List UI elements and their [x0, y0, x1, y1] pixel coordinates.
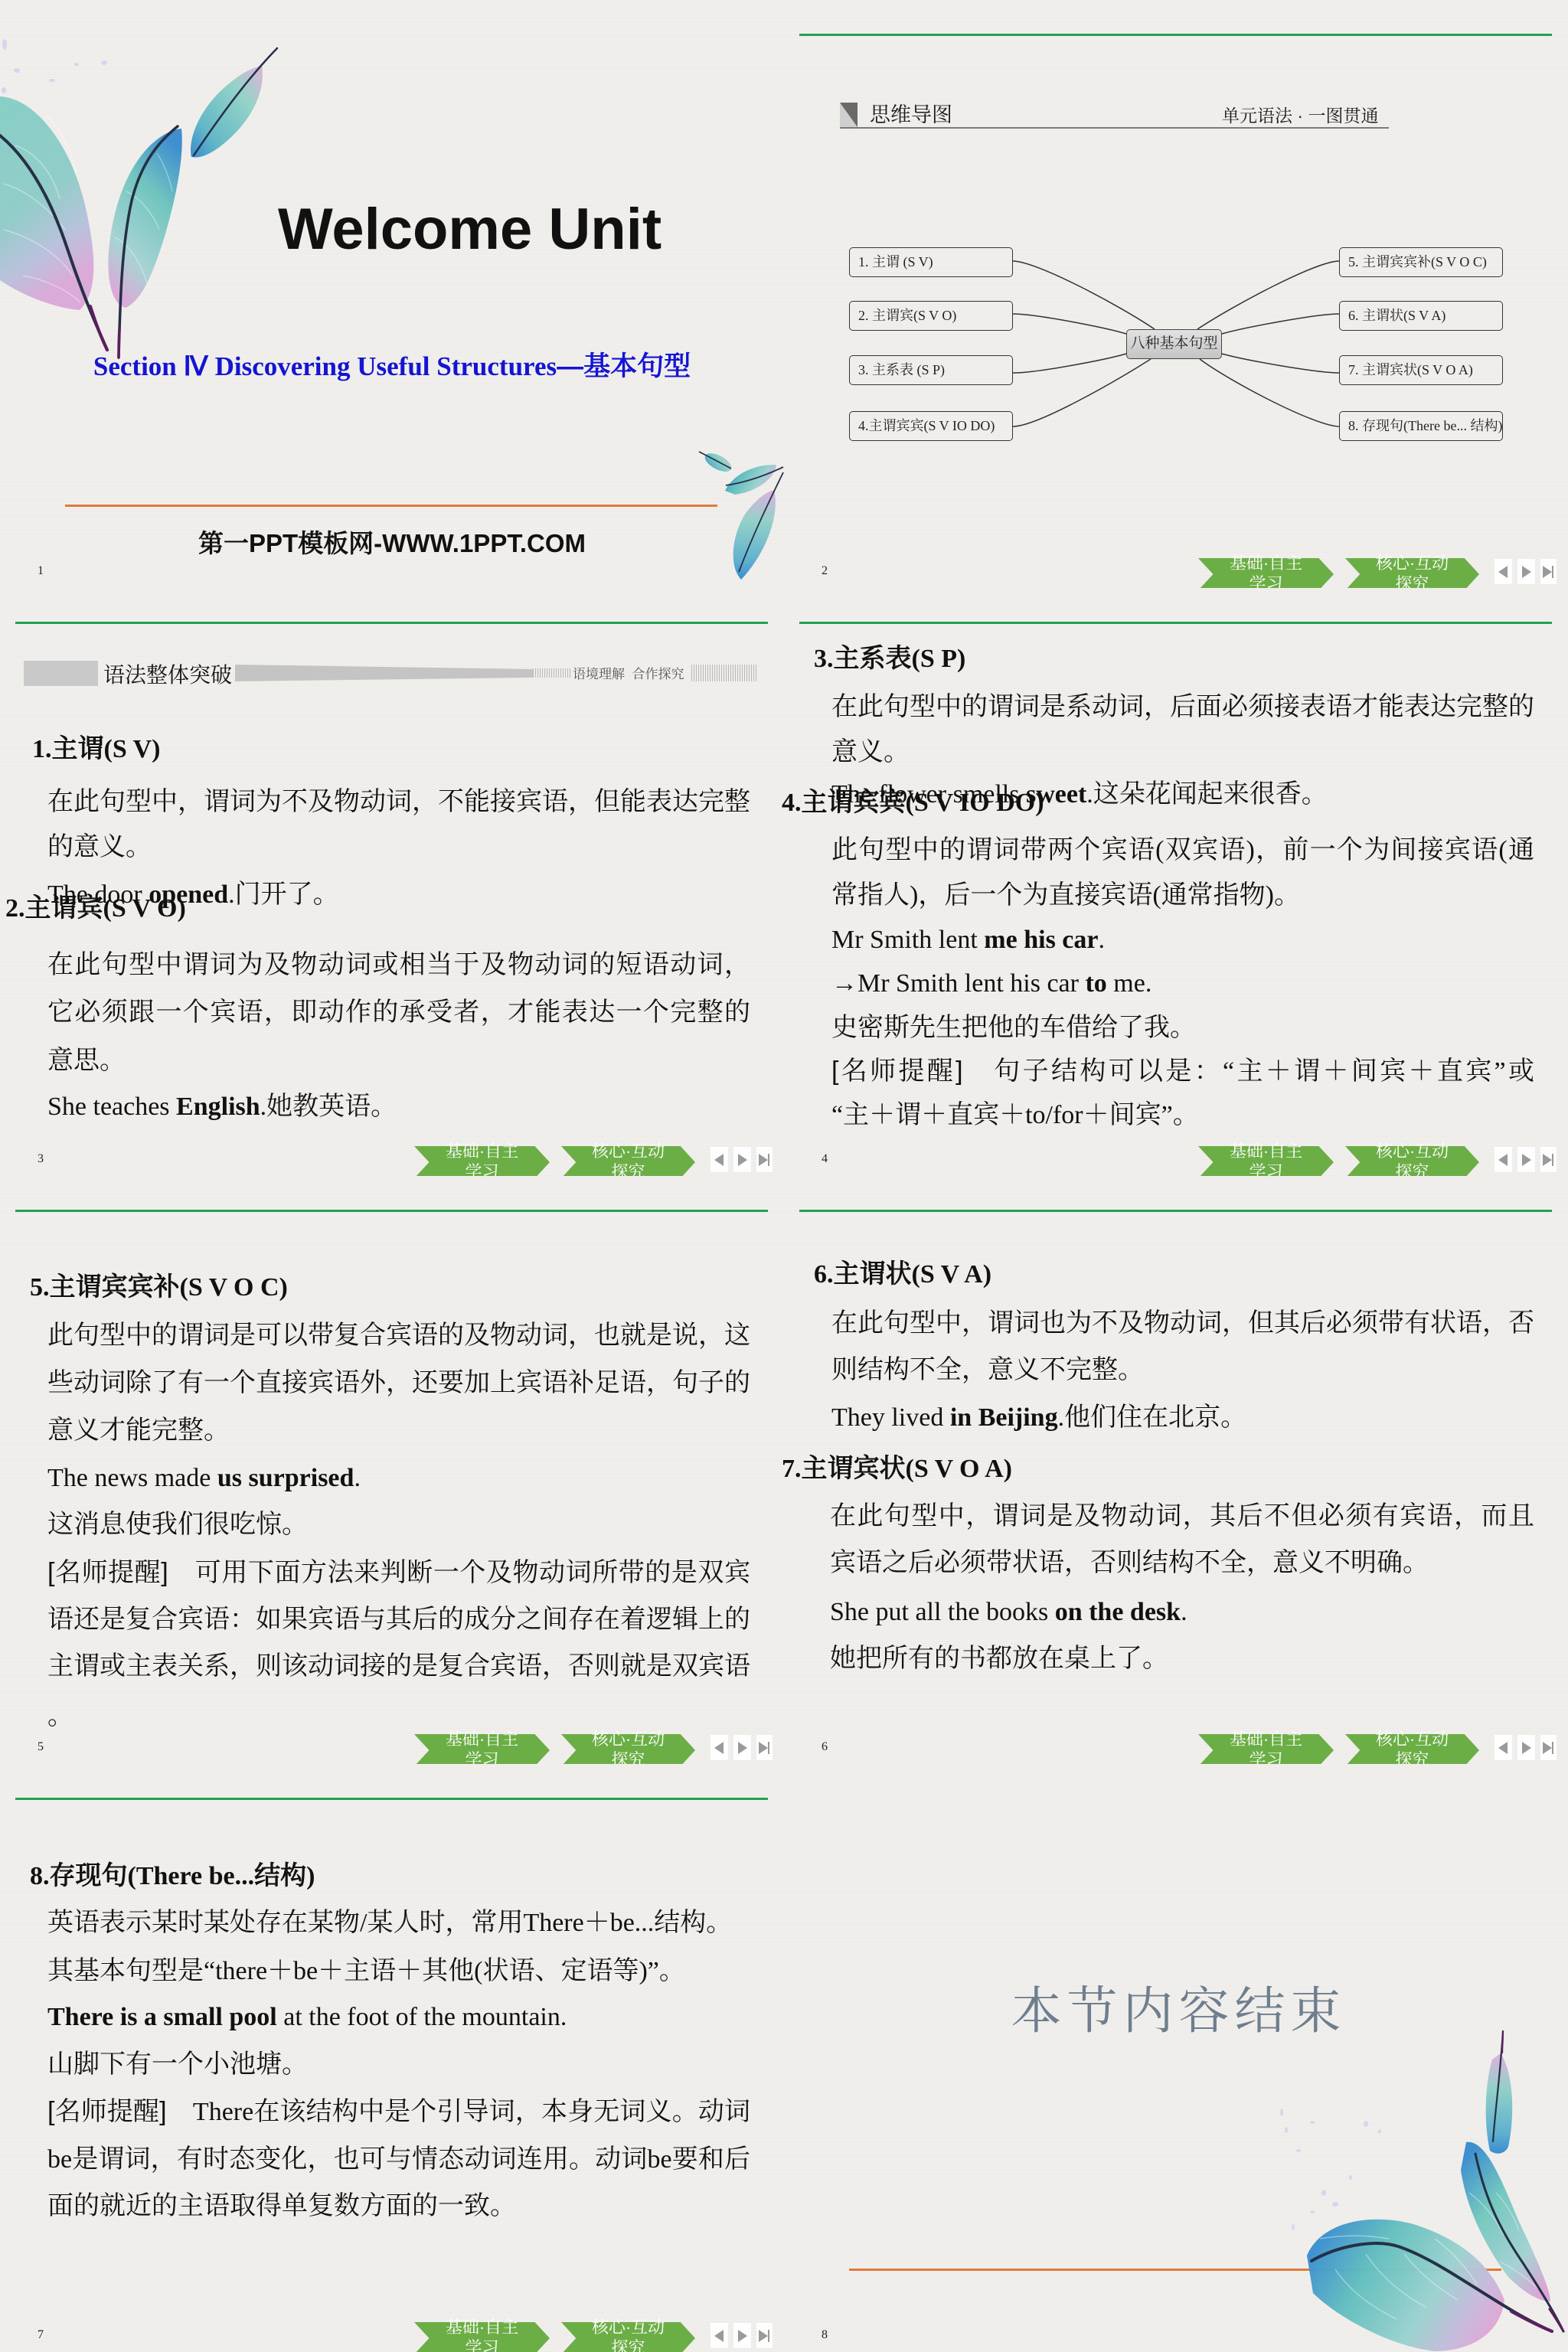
subtitle-dash: —: [557, 351, 583, 381]
teacher-tip-label: [名师提醒]: [831, 1057, 963, 1086]
next-slide-button[interactable]: [733, 1735, 751, 1760]
bold-run: in Beijing: [950, 1403, 1058, 1432]
last-slide-button[interactable]: [1540, 1147, 1557, 1172]
example-line: They lived in Beijing.他们住在北京。: [831, 1401, 1246, 1435]
bold-run: me his car: [984, 926, 1098, 954]
text-line: 此句型中的谓词是可以带复合宾语的及物动词，也就是说，这: [47, 1319, 750, 1353]
label-line: 探究: [561, 1749, 695, 1764]
text-line: 宾语之后必须带状语，否则结构不全，意义不明确。: [830, 1547, 1429, 1580]
section-heading: 5.主谓宾宾补(S V O C): [30, 1271, 288, 1305]
text-line: 主谓或主表关系，则该动词接的是复合宾语，否则就是双宾语: [47, 1650, 750, 1684]
example-line: Mr Smith lent me his car.: [831, 923, 1105, 957]
mindmap-node: 6. 主谓状(S V A): [1339, 301, 1503, 331]
closing-text: 本节内容结束: [784, 1981, 1568, 2043]
prev-icon: [714, 2330, 724, 2342]
text-run: 可用下面方法来判断一个及物动词所带的是双宾: [168, 1559, 750, 1587]
slide-subtitle: Section Ⅳ Discovering Useful Structures—…: [0, 351, 784, 382]
text-line: 她把所有的书都放在桌上了。: [830, 1642, 1168, 1676]
prev-slide-button[interactable]: [710, 1735, 728, 1760]
text-line: 面的就近的主语取得单复数方面的一致。: [47, 2190, 516, 2223]
prev-slide-button[interactable]: [1494, 1147, 1512, 1172]
last-icon-bar: [768, 2330, 769, 2342]
button-label: 基础·自主学习: [1198, 553, 1334, 588]
text-line: 在此句型中谓词为及物动词或相当于及物动词的短语动词，: [47, 949, 750, 982]
text-run: .她教英语。: [260, 1093, 397, 1121]
slide-7: 8.存现句(There be...结构) 英语表示某时某处存在某物/某人时，常用…: [0, 1764, 784, 2352]
core-explore-button[interactable]: 核心·互动探究: [561, 1734, 695, 1764]
core-explore-button[interactable]: 核心·互动探究: [561, 2322, 695, 2352]
last-icon-bar: [768, 1154, 769, 1166]
section-heading: 7.主谓宾状(S V O A): [782, 1452, 1012, 1486]
teacher-tip-line: [名师提醒] 句子结构可以是：“主＋谓＋间宾＋直宾”或: [831, 1054, 1534, 1088]
button-label: 基础·自主学习: [414, 2317, 550, 2352]
text-run: She put all the books: [830, 1598, 1055, 1626]
text-line: 此句型中的谓词带两个宾语(双宾语)，前一个为间接宾语(通: [831, 834, 1534, 867]
text-line: 其基本句型是“there＋be＋主语＋其他(状语、定语等)”。: [47, 1955, 685, 1988]
bold-run: There is a small pool: [47, 2003, 277, 2031]
slide-8: 本节内容结束 8: [784, 1764, 1568, 2352]
prev-icon: [1498, 1742, 1508, 1754]
header-stripes: [533, 668, 572, 678]
header-corner-icon: [840, 103, 857, 127]
label-line: 探究: [561, 2337, 695, 2352]
text-run: .: [1181, 1598, 1187, 1626]
last-icon-bar: [1552, 1742, 1553, 1754]
last-icon: [1543, 1742, 1552, 1754]
next-icon: [1522, 1742, 1531, 1754]
core-explore-button[interactable]: 核心·互动探究: [1345, 558, 1479, 588]
mindmap-node: 4.主谓宾宾(S V IO DO): [849, 411, 1013, 441]
example-line: →Mr Smith lent his car to me.: [831, 967, 1151, 1001]
top-rule: [15, 1798, 768, 1800]
last-icon: [1543, 566, 1552, 578]
top-rule: [799, 622, 1552, 624]
top-rule: [15, 1210, 768, 1212]
feather-decoration: [0, 0, 784, 588]
slide-nav: 基础·自主学习 核心·互动探究: [784, 1124, 1568, 1176]
last-icon-bar: [768, 1742, 769, 1754]
text-line: 意思。: [47, 1044, 126, 1078]
next-icon: [1522, 566, 1531, 578]
basic-study-button[interactable]: 基础·自主学习: [1198, 1146, 1334, 1176]
label-line: 基础·自主: [1198, 1141, 1334, 1161]
example-line: The news made us surprised.: [47, 1462, 361, 1495]
text-run: .门开了。: [228, 880, 339, 909]
slide-6: 6.主谓状(S V A) 在此句型中，谓词也为不及物动词，但其后必须带有状语，否…: [784, 1176, 1568, 1764]
label-line: 探究: [1345, 1749, 1479, 1764]
text-run: They lived: [831, 1403, 950, 1432]
basic-study-button[interactable]: 基础·自主学习: [1198, 1734, 1334, 1764]
text-run: .: [1098, 926, 1105, 954]
mindmap-node: 7. 主谓宾状(S V O A): [1339, 355, 1503, 385]
slide-number: 1: [35, 563, 46, 580]
subtitle-english: Section Ⅳ Discovering Useful Structures: [93, 351, 557, 381]
slide-nav: 基础·自主学习 核心·互动探究: [784, 536, 1568, 588]
core-explore-button[interactable]: 核心·互动探究: [1345, 1146, 1479, 1176]
header-underline: [840, 127, 1389, 129]
last-slide-button[interactable]: [756, 1735, 773, 1760]
text-run: →Mr Smith lent his car: [831, 969, 1085, 998]
label-line: 基础·自主: [414, 2317, 550, 2337]
button-label: 基础·自主学习: [414, 1729, 550, 1764]
prev-slide-button[interactable]: [1494, 559, 1512, 584]
label-line: 学习: [1198, 1161, 1334, 1176]
next-slide-button[interactable]: [1517, 1147, 1535, 1172]
teacher-tip-line: [名师提醒] There在该结构中是个引导词，本身无词义。动词: [47, 2095, 750, 2128]
button-label: 核心·互动探究: [1345, 1729, 1479, 1764]
section-heading: 1.主谓(S V): [32, 733, 161, 766]
text-line: 在此句型中，谓词为不及物动词，不能接宾语，但能表达完整: [47, 786, 750, 819]
text-line: 山脚下有一个小池塘。: [47, 2048, 308, 2082]
label-line: 基础·自主: [1198, 1729, 1334, 1749]
label-line: 学习: [414, 2337, 550, 2352]
section-heading: 4.主谓宾宾(S V IO DO): [782, 786, 1044, 820]
next-icon: [738, 1742, 747, 1754]
prev-slide-button[interactable]: [1494, 1735, 1512, 1760]
teacher-tip-label: [名师提醒]: [47, 2097, 167, 2126]
prev-slide-button[interactable]: [710, 2323, 728, 2348]
feather-decoration: [784, 1764, 1568, 2352]
text-line: 意义。: [831, 736, 910, 769]
mindmap-node: 5. 主谓宾宾补(S V O C): [1339, 247, 1503, 277]
last-slide-button[interactable]: [1540, 1735, 1557, 1760]
label-line: 核心·互动: [561, 1141, 695, 1161]
top-rule: [799, 34, 1552, 36]
slide-nav: 基础·自主学习 核心·互动探究: [0, 2300, 784, 2352]
text-run: There在该结构中是个引导词，本身无词义。动词: [167, 2098, 750, 2126]
mindmap-node: 3. 主系表 (S P): [849, 355, 1013, 385]
next-slide-button[interactable]: [733, 2323, 751, 2348]
label-line: 核心·互动: [1345, 553, 1479, 573]
label-line: 基础·自主: [414, 1141, 550, 1161]
text-line: 英语表示某时某处存在某物/某人时，常用There＋be...结构。: [47, 1906, 732, 1940]
next-icon: [1522, 1154, 1531, 1166]
last-slide-button[interactable]: [756, 2323, 773, 2348]
text-run: Mr Smith lent: [831, 926, 984, 954]
last-icon: [759, 1154, 768, 1166]
text-run: .这朵花闻起来很香。: [1086, 780, 1328, 808]
slide-number: 8: [819, 2327, 830, 2344]
section-tagline: 语境理解 合作探究: [573, 665, 684, 684]
mindmap-connectors: [784, 0, 1568, 588]
text-line: 常指人)，后一个为直接宾语(通常指物)。: [831, 879, 1300, 913]
slide-nav: 基础·自主学习 核心·互动探究: [784, 1712, 1568, 1764]
last-icon: [759, 1742, 768, 1754]
text-run: at the foot of the mountain.: [277, 2003, 567, 2031]
button-label: 核心·互动探究: [561, 1729, 695, 1764]
section-heading: 2.主谓宾(S V O): [5, 892, 186, 926]
prev-slide-button[interactable]: [710, 1147, 728, 1172]
core-explore-button[interactable]: 核心·互动探究: [1345, 1734, 1479, 1764]
slide-3: 语法整体突破 语境理解 合作探究 1.主谓(S V) 在此句型中，谓词为不及物动…: [0, 588, 784, 1176]
basic-study-button[interactable]: 基础·自主学习: [414, 1146, 550, 1176]
mindmap-title: 思维导图: [870, 102, 952, 128]
teacher-tip-label: [名师提醒]: [47, 1558, 168, 1587]
last-slide-button[interactable]: [756, 1147, 773, 1172]
label-line: 核心·互动: [1345, 1141, 1479, 1161]
label-line: 探究: [1345, 573, 1479, 588]
prev-icon: [714, 1742, 724, 1754]
bold-run: us surprised: [217, 1464, 354, 1492]
bold-run: on the desk: [1055, 1598, 1181, 1626]
section-heading: 8.存现句(There be...结构): [30, 1860, 315, 1893]
text-line: 些动词除了有一个直接宾语外，还要加上宾语补足语，句子的: [47, 1367, 750, 1400]
button-label: 基础·自主学习: [1198, 1141, 1334, 1176]
prev-icon: [714, 1154, 724, 1166]
last-icon: [759, 2330, 768, 2342]
text-line: 在此句型中的谓词是系动词，后面必须接表语才能表达完整的: [831, 691, 1534, 724]
slide-4: 3.主系表(S P) 在此句型中的谓词是系动词，后面必须接表语才能表达完整的 意…: [784, 588, 1568, 1176]
text-line: 意义才能完整。: [47, 1414, 230, 1448]
slide-5: 5.主谓宾宾补(S V O C) 此句型中的谓词是可以带复合宾语的及物动词，也就…: [0, 1176, 784, 1764]
orange-divider: [849, 2269, 1501, 2271]
next-slide-button[interactable]: [1517, 1735, 1535, 1760]
next-slide-button[interactable]: [1517, 559, 1535, 584]
example-line: She put all the books on the desk.: [830, 1596, 1187, 1629]
text-run: .他们住在北京。: [1058, 1403, 1247, 1432]
label-line: 核心·互动: [561, 2317, 695, 2337]
section-heading: 6.主谓状(S V A): [814, 1258, 991, 1292]
example-line: There is a small pool at the foot of the…: [47, 2001, 567, 2034]
website-footer: 第一PPT模板网-WWW.1PPT.COM: [0, 527, 784, 560]
text-line: 这消息使我们很吃惊。: [47, 1508, 308, 1542]
basic-study-button[interactable]: 基础·自主学习: [414, 1734, 550, 1764]
text-line: 则结构不全，意义不完整。: [831, 1354, 1144, 1387]
slide-sheet: Welcome Unit Section Ⅳ Discovering Usefu…: [0, 0, 1568, 2352]
text-run: me.: [1107, 969, 1152, 998]
text-run: 句子结构可以是：“主＋谓＋间宾＋直宾”或: [963, 1057, 1534, 1086]
teacher-tip-line: [名师提醒] 可用下面方法来判断一个及物动词所带的是双宾: [47, 1556, 750, 1589]
label-line: 学习: [1198, 573, 1334, 588]
bold-run: English: [176, 1093, 260, 1121]
label-line: 核心·互动: [561, 1729, 695, 1749]
text-run: The news made: [47, 1464, 217, 1492]
last-icon-bar: [1552, 1154, 1553, 1166]
orange-divider: [65, 505, 717, 507]
next-icon: [738, 1154, 747, 1166]
top-rule: [799, 1210, 1552, 1212]
button-label: 核心·互动探究: [561, 1141, 695, 1176]
prev-icon: [1498, 1154, 1508, 1166]
slide-nav: 基础·自主学习 核心·互动探究: [0, 1124, 784, 1176]
button-label: 基础·自主学习: [1198, 1729, 1334, 1764]
text-line: 它必须跟一个宾语，即动作的承受者，才能表达一个完整的: [47, 996, 750, 1030]
button-label: 核心·互动探究: [1345, 1141, 1479, 1176]
button-label: 核心·互动探究: [1345, 553, 1479, 588]
button-label: 基础·自主学习: [414, 1141, 550, 1176]
label-line: 学习: [414, 1161, 550, 1176]
text-line: 史密斯先生把他的车借给了我。: [831, 1011, 1196, 1045]
slide-2: 思维导图 单元语法 · 一图贯通 1. 主谓 (S V) 2. 主谓宾(S V …: [784, 0, 1568, 588]
mindmap-tagline: 单元语法 · 一图贯通: [1222, 105, 1378, 126]
core-explore-button[interactable]: 核心·互动探究: [561, 1146, 695, 1176]
mindmap-center-node: 八种基本句型: [1126, 329, 1222, 359]
last-icon-bar: [1552, 566, 1553, 578]
label-line: 探究: [561, 1161, 695, 1176]
text-line: 语还是复合宾语：如果宾语与其后的成分之间存在着逻辑上的: [47, 1603, 750, 1637]
header-block: [24, 661, 98, 686]
text-run: .: [354, 1464, 361, 1492]
last-icon: [1543, 1154, 1552, 1166]
next-slide-button[interactable]: [733, 1147, 751, 1172]
top-rule: [15, 622, 768, 624]
last-slide-button[interactable]: [1540, 559, 1557, 584]
label-line: 学习: [414, 1749, 550, 1764]
slide-nav: 基础·自主学习 核心·互动探究: [0, 1712, 784, 1764]
mindmap-node: 2. 主谓宾(S V O): [849, 301, 1013, 331]
text-line: 在此句型中，谓词也为不及物动词，但其后必须带有状语，否: [831, 1307, 1534, 1341]
text-line: 在此句型中，谓词是及物动词，其后不但必须有宾语，而且: [830, 1500, 1534, 1534]
label-line: 学习: [1198, 1749, 1334, 1764]
label-line: 核心·互动: [1345, 1729, 1479, 1749]
text-line: be是谓词，有时态变化，也可与情态动词连用。动词be要和后: [47, 2143, 750, 2177]
slide-title: Welcome Unit: [278, 201, 661, 259]
header-stripes: [691, 665, 757, 681]
label-line: 基础·自主: [414, 1729, 550, 1749]
label-line: 探究: [1345, 1161, 1479, 1176]
mindmap-node: 8. 存现句(There be... 结构): [1339, 411, 1503, 441]
text-run: She teaches: [47, 1093, 176, 1121]
basic-study-button[interactable]: 基础·自主学习: [1198, 558, 1334, 588]
text-line: 的意义。: [47, 831, 152, 864]
section-heading: 3.主系表(S P): [814, 642, 965, 676]
next-icon: [738, 2330, 747, 2342]
subtitle-chinese: 基本句型: [583, 351, 691, 381]
basic-study-button[interactable]: 基础·自主学习: [414, 2322, 550, 2352]
label-line: 基础·自主: [1198, 553, 1334, 573]
slide-1: Welcome Unit Section Ⅳ Discovering Usefu…: [0, 0, 784, 588]
button-label: 核心·互动探究: [561, 2317, 695, 2352]
bold-run: to: [1085, 969, 1106, 998]
example-line: She teaches English.她教英语。: [47, 1090, 397, 1124]
mindmap-node: 1. 主谓 (S V): [849, 247, 1013, 277]
section-title: 语法整体突破: [103, 662, 232, 688]
prev-icon: [1498, 566, 1508, 578]
